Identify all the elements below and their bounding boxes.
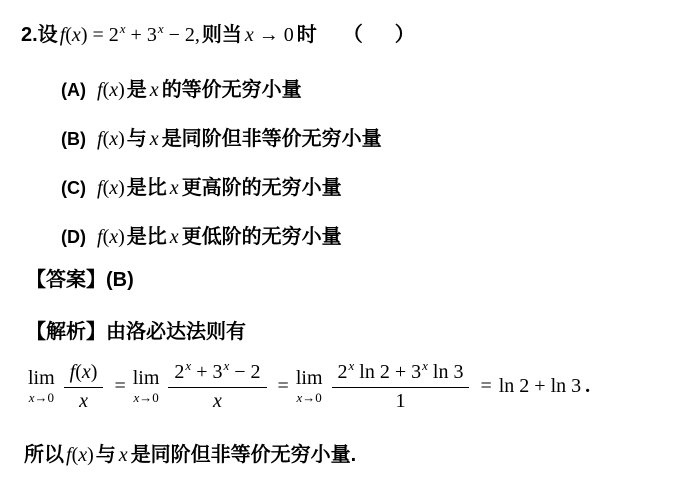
fraction-denominator: 1 bbox=[395, 388, 405, 412]
document-page: 2.设f(x) = 2x + 3x − 2,则当x → 0时（ ） (A)f(x… bbox=[0, 0, 690, 489]
analysis-text: 由洛必达法则有 bbox=[106, 321, 246, 343]
math-x: x bbox=[109, 79, 118, 101]
fx-math: f(x) bbox=[66, 444, 94, 466]
math-lparen: ( bbox=[75, 361, 82, 383]
formula-result: ln 2 + ln 3 bbox=[499, 375, 581, 398]
question-line: 2.设f(x) = 2x + 3x − 2,则当x → 0时（ ） bbox=[21, 18, 421, 47]
fx-math: f(x) bbox=[97, 128, 125, 150]
fraction-fx-over-x: f(x) x bbox=[64, 360, 104, 412]
option-key: (A) bbox=[61, 80, 86, 100]
math-x: x bbox=[170, 226, 179, 248]
answer-value: (B) bbox=[106, 269, 134, 291]
option-key: (C) bbox=[61, 178, 86, 198]
math-ln2-plus-3: ln 2 + 3 bbox=[354, 361, 421, 383]
option-key: (D) bbox=[61, 227, 86, 247]
lim-label: lim bbox=[133, 368, 160, 388]
lim-subscript: x→0 bbox=[29, 391, 54, 404]
math-x: x bbox=[109, 177, 118, 199]
lim-label: lim bbox=[296, 368, 323, 388]
math-x: x bbox=[119, 444, 128, 466]
analysis-line: 【解析】由洛必达法则有 bbox=[26, 315, 246, 344]
math-equals: = bbox=[87, 24, 108, 46]
arrow-right-icon: → bbox=[254, 24, 284, 46]
math-zero: 0 bbox=[47, 390, 54, 405]
option-row-b: (B)f(x)与x是同阶但非等价无穷小量 bbox=[61, 122, 382, 151]
option-text-pre: 是比 bbox=[127, 177, 167, 199]
answer-line: 【答案】(B) bbox=[26, 263, 134, 292]
option-text-post: 是同阶但非等价无穷小量 bbox=[162, 128, 382, 150]
option-row-c: (C)f(x)是比x更高阶的无穷小量 bbox=[61, 171, 342, 200]
conclusion-post: 是同阶但非等价无穷小量. bbox=[131, 444, 357, 466]
option-text-post: 更高阶的无穷小量 bbox=[182, 177, 342, 199]
math-rparen: ) bbox=[91, 361, 98, 383]
math-x: x bbox=[72, 24, 81, 46]
lim-label: lim bbox=[28, 368, 55, 388]
equals-sign: = bbox=[114, 375, 125, 398]
fx-math: f(x) bbox=[97, 177, 125, 199]
math-minus-2-comma: − 2, bbox=[164, 24, 200, 46]
math-plus: + bbox=[126, 24, 147, 46]
fraction-numerator: 2x + 3x − 2 bbox=[168, 360, 266, 388]
option-text-pre: 与 bbox=[127, 128, 147, 150]
math-x: x bbox=[245, 24, 254, 46]
question-then-text: 则当 bbox=[202, 24, 242, 46]
math-x: x bbox=[78, 444, 87, 466]
option-text-pre: 是比 bbox=[127, 226, 167, 248]
question-number-lead: 2.设 bbox=[21, 24, 58, 46]
math-base-3: 3 bbox=[147, 24, 157, 46]
math-ln3: ln 3 bbox=[428, 361, 464, 383]
limit-operator-1: lim x→0 bbox=[28, 368, 55, 404]
fraction-numerator: f(x) bbox=[64, 360, 104, 388]
math-x: x bbox=[109, 226, 118, 248]
math-rparen: ) bbox=[118, 177, 125, 199]
fx-math: f(x) bbox=[97, 79, 125, 101]
fraction-denominator: x bbox=[79, 388, 88, 412]
math-exponent-x: x bbox=[158, 21, 164, 36]
math-rparen: ) bbox=[118, 128, 125, 150]
answer-blank-parentheses: （ ） bbox=[343, 24, 421, 46]
fraction-derivative-over-1: 2x ln 2 + 3x ln 3 1 bbox=[332, 360, 470, 412]
arrow-right-icon: → bbox=[139, 390, 152, 405]
math-zero: 0 bbox=[152, 390, 159, 405]
conclusion-pre: 所以 bbox=[24, 444, 64, 466]
conclusion-mid: 与 bbox=[96, 444, 116, 466]
equals-sign: = bbox=[278, 375, 289, 398]
math-minus-2: − 2 bbox=[229, 361, 260, 383]
math-rparen: ) bbox=[118, 226, 125, 248]
fraction-exp-over-x: 2x + 3x − 2 x bbox=[168, 360, 266, 412]
math-x: x bbox=[109, 128, 118, 150]
formula-period: . bbox=[585, 375, 590, 398]
math-lparen: ( bbox=[65, 24, 72, 46]
fx-math: f(x) bbox=[97, 226, 125, 248]
question-shi-text: 时 bbox=[297, 24, 317, 46]
math-plus-3: + 3 bbox=[191, 361, 222, 383]
option-text-pre: 是 bbox=[127, 79, 147, 101]
math-exponent-x: x bbox=[422, 358, 428, 373]
fraction-numerator: 2x ln 2 + 3x ln 3 bbox=[332, 360, 470, 388]
equals-sign: = bbox=[480, 375, 491, 398]
math-x: x bbox=[150, 128, 159, 150]
option-text-post: 的等价无穷小量 bbox=[162, 79, 302, 101]
fraction-denominator: x bbox=[213, 388, 222, 412]
limit-formula: lim x→0 f(x) x = lim x→0 2x + 3x − 2 x =… bbox=[28, 360, 590, 412]
limit-operator-3: lim x→0 bbox=[296, 368, 323, 404]
math-base-2: 2 bbox=[174, 361, 184, 383]
math-rparen: ) bbox=[87, 444, 94, 466]
question-limit-expression: x → 0 bbox=[245, 24, 294, 46]
answer-label: 【答案】 bbox=[26, 269, 106, 291]
math-rparen: ) bbox=[118, 79, 125, 101]
question-function-definition: f(x) = 2x + 3x − 2, bbox=[60, 24, 200, 46]
option-key: (B) bbox=[61, 129, 86, 149]
conclusion-line: 所以f(x)与x是同阶但非等价无穷小量. bbox=[24, 438, 356, 467]
math-x: x bbox=[170, 177, 179, 199]
math-zero: 0 bbox=[284, 24, 294, 46]
math-x: x bbox=[82, 361, 91, 383]
option-row-a: (A)f(x)是x的等价无穷小量 bbox=[61, 73, 302, 102]
math-exponent-x: x bbox=[120, 21, 126, 36]
math-base-2: 2 bbox=[109, 24, 119, 46]
math-exponent-x: x bbox=[223, 358, 229, 373]
lim-subscript: x→0 bbox=[297, 391, 322, 404]
math-exponent-x: x bbox=[185, 358, 191, 373]
option-text-post: 更低阶的无穷小量 bbox=[182, 226, 342, 248]
lim-subscript: x→0 bbox=[133, 391, 158, 404]
math-zero: 0 bbox=[315, 390, 322, 405]
arrow-right-icon: → bbox=[34, 390, 47, 405]
math-x: x bbox=[150, 79, 159, 101]
math-exponent-x: x bbox=[349, 358, 355, 373]
analysis-label: 【解析】 bbox=[26, 321, 106, 343]
arrow-right-icon: → bbox=[302, 390, 315, 405]
limit-operator-2: lim x→0 bbox=[133, 368, 160, 404]
option-row-d: (D)f(x)是比x更低阶的无穷小量 bbox=[61, 220, 342, 249]
math-base-2: 2 bbox=[338, 361, 348, 383]
